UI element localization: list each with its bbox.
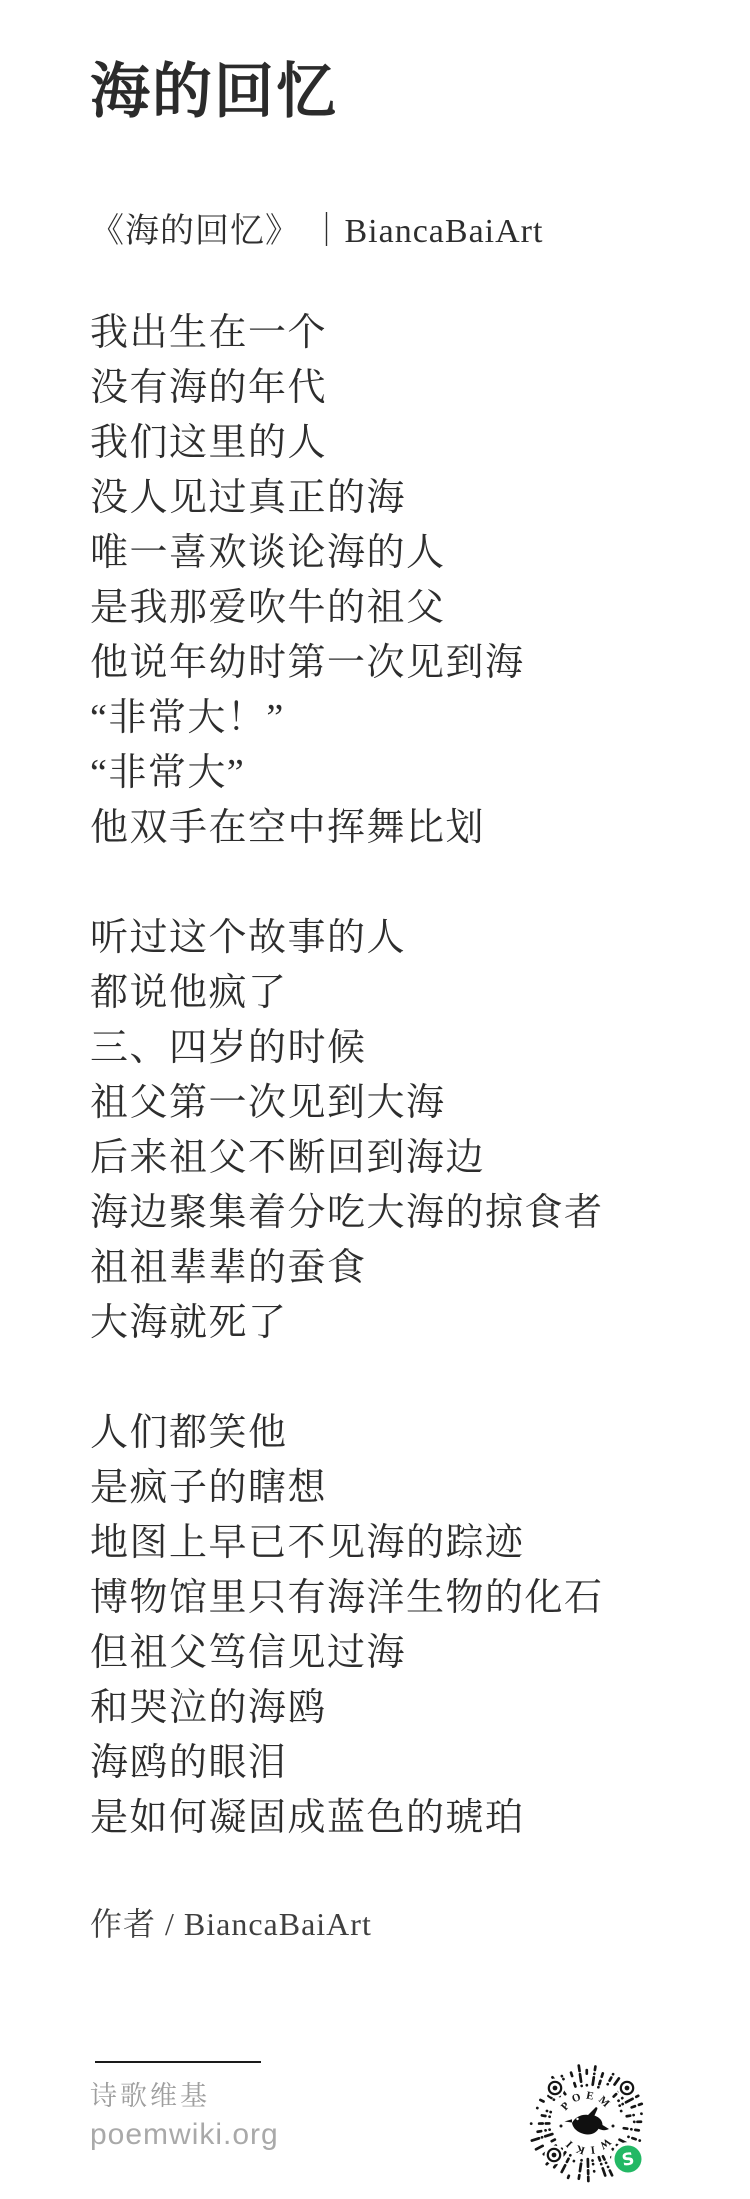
poem-line: 人们都笑他 xyxy=(90,1406,695,1461)
poem-stanza-3: 人们都笑他 是疯子的瞎想 地图上早已不见海的踪迹 博物馆里只有海洋生物的化石 但… xyxy=(90,1406,695,1846)
footer-divider xyxy=(95,2061,261,2063)
poem-page: 海的回忆 《海的回忆》 ｜BiancaBaiArt 我出生在一个 没有海的年代 … xyxy=(0,0,750,2199)
qr-bullseye xyxy=(618,2079,637,2098)
qr-bullseye xyxy=(546,2079,565,2098)
qr-dot-right xyxy=(612,2125,615,2128)
poem-line: 是如何凝固成蓝色的琥珀 xyxy=(90,1791,695,1846)
poem-line: 海边聚集着分吃大海的掠食者 xyxy=(90,1186,695,1241)
poem-line: 听过这个故事的人 xyxy=(90,911,695,966)
poem-line: 三、四岁的时候 xyxy=(90,1021,695,1076)
poem-line: 他说年幼时第一次见到海 xyxy=(90,636,695,691)
poem-stanza-1: 我出生在一个 没有海的年代 我们这里的人 没人见过真正的海 唯一喜欢谈论海的人 … xyxy=(90,306,695,856)
qr-dot-left xyxy=(560,2125,563,2128)
poem-line: 都说他疯了 xyxy=(90,966,695,1021)
poem-line: “非常大！” xyxy=(90,691,695,746)
poem-line: 我出生在一个 xyxy=(90,306,695,361)
author-credit: 作者 / BiancaBaiArt xyxy=(90,1902,695,1946)
poem-line: 海鸥的眼泪 xyxy=(90,1736,695,1791)
poem-line: 没人见过真正的海 xyxy=(90,471,695,526)
wechat-miniprogram-icon: S xyxy=(611,2142,645,2176)
poem-line: 博物馆里只有海洋生物的化石 xyxy=(90,1571,695,1626)
poem-line: 是我那爱吹牛的祖父 xyxy=(90,581,695,636)
poem-line: 是疯子的瞎想 xyxy=(90,1461,695,1516)
poem-line: 地图上早已不见海的踪迹 xyxy=(90,1516,695,1571)
poem-line: 他双手在空中挥舞比划 xyxy=(90,801,695,856)
poem-content: 海的回忆 《海的回忆》 ｜BiancaBaiArt 我出生在一个 没有海的年代 … xyxy=(0,0,750,2155)
poem-line: “非常大” xyxy=(90,746,695,801)
poem-line: 祖祖辈辈的蚕食 xyxy=(90,1241,695,1296)
poem-line: 和哭泣的海鸥 xyxy=(90,1681,695,1736)
poem-line: 大海就死了 xyxy=(90,1296,695,1351)
poemwiki-qr-logo: POEM WIKI S xyxy=(525,2061,649,2185)
poem-body: 我出生在一个 没有海的年代 我们这里的人 没人见过真正的海 唯一喜欢谈论海的人 … xyxy=(90,306,695,1846)
poem-line: 没有海的年代 xyxy=(90,361,695,416)
poem-line: 但祖父笃信见过海 xyxy=(90,1626,695,1681)
poem-line: 唯一喜欢谈论海的人 xyxy=(90,526,695,581)
qr-bullseye xyxy=(545,2146,564,2165)
poem-stanza-2: 听过这个故事的人 都说他疯了 三、四岁的时候 祖父第一次见到大海 后来祖父不断回… xyxy=(90,911,695,1351)
poem-line: 后来祖父不断回到海边 xyxy=(90,1131,695,1186)
poem-subtitle: 《海的回忆》 ｜BiancaBaiArt xyxy=(90,208,695,256)
poem-line: 我们这里的人 xyxy=(90,416,695,471)
page-title: 海的回忆 xyxy=(90,52,695,132)
poem-line: 祖父第一次见到大海 xyxy=(90,1076,695,1131)
